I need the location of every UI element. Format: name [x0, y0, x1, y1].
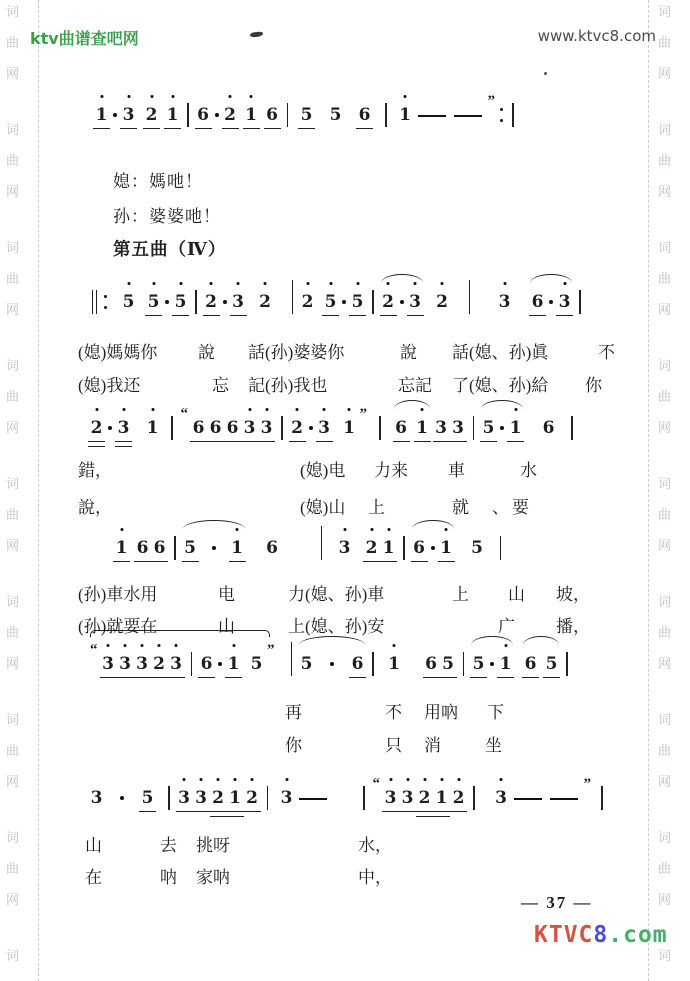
lyric-row: 山去挑呀水，: [0, 831, 690, 855]
lyric-segment: 忘記: [398, 371, 432, 396]
octave-dot: [95, 408, 98, 411]
slur-group: 61: [393, 416, 431, 440]
note: 5: [324, 290, 337, 314]
note: 3: [178, 786, 191, 810]
lyric-segment: 山: [218, 612, 235, 637]
lyric-segment: (媳)山: [300, 493, 345, 518]
octave-dot: [217, 778, 220, 781]
octave-dot: [370, 528, 373, 531]
note: 3: [558, 290, 571, 314]
lyric-segment: 錯，: [78, 456, 112, 481]
music-line: 231“66633231”6133516: [88, 416, 579, 440]
spacer: [294, 126, 298, 127]
double-barline: [92, 290, 97, 314]
barline: [372, 652, 374, 676]
spacer: [246, 559, 264, 560]
note: 2: [145, 103, 158, 127]
spacer: [373, 126, 379, 127]
beam-underline: [182, 561, 199, 564]
note: 2: [365, 536, 378, 560]
note: 1: [229, 786, 242, 810]
octave-dot: [387, 528, 390, 531]
beam-underline: [414, 441, 431, 444]
beam-underline: [117, 677, 134, 680]
scan-speck-artifact: [544, 72, 547, 75]
beam-underline: [349, 315, 366, 318]
augmentation-dot: [500, 426, 504, 430]
spacer: [424, 313, 434, 314]
beam-underline: [93, 128, 110, 131]
lyric-segment: 坐: [485, 731, 502, 756]
note: 6: [266, 103, 279, 127]
octave-dot: [179, 282, 182, 285]
quote-mark: “: [373, 776, 381, 793]
lyric-segment: 在: [85, 863, 102, 888]
octave-dot: [248, 408, 251, 411]
slur-group: 65: [522, 652, 560, 676]
watermark-char: 词: [6, 950, 19, 963]
quote-mark: “: [90, 642, 98, 659]
augmentation-dot: [490, 662, 494, 666]
note: 5: [442, 652, 455, 676]
note: 3: [232, 290, 245, 314]
octave-dot: [329, 282, 332, 285]
beam-underline: [225, 677, 242, 680]
barline: [281, 416, 283, 440]
site-url-text[interactable]: www.ktvc8.com: [538, 27, 656, 45]
note: 2: [301, 290, 314, 314]
lyric-segment: 用吶: [424, 698, 458, 723]
logo-part-com: .com: [608, 922, 667, 948]
barline: [463, 652, 465, 676]
spacer: [137, 313, 145, 314]
lyric-segment: 上: [368, 493, 385, 518]
augmentation-dot: [120, 796, 124, 800]
note: 5: [250, 652, 263, 676]
site-name-link[interactable]: ktv曲谱查吧网: [30, 26, 139, 49]
note: 3: [318, 416, 331, 440]
spacer: [130, 559, 134, 560]
octave-dot: [514, 408, 517, 411]
octave-dot: [236, 528, 239, 531]
watermark-char: 网: [658, 186, 671, 199]
beam-underline: [522, 677, 539, 680]
lyric-row: 在呐家呐中，: [0, 863, 690, 887]
spacer: [331, 809, 357, 810]
beam-underline: [243, 128, 260, 131]
augmentation-dot: [218, 662, 222, 666]
lyric-segment: 电: [218, 580, 235, 605]
note: 2: [246, 786, 259, 810]
note: 6: [413, 536, 426, 560]
barline: [372, 290, 374, 314]
spacer: [137, 126, 143, 127]
lyric-row: 再不用吶下: [0, 698, 690, 722]
beam-underline: [172, 315, 189, 318]
note: 3: [495, 786, 508, 810]
octave-dot: [251, 778, 254, 781]
spacer: [410, 439, 414, 440]
lyric-segment: 水: [520, 456, 537, 481]
watermark-char: 网: [6, 304, 19, 317]
lyric-row: 說，(媳)山上就、要: [0, 493, 690, 517]
octave-dot: [285, 778, 288, 781]
octave-dot: [414, 282, 417, 285]
beam-underline: [193, 811, 210, 814]
spacer: [274, 313, 286, 314]
augmentation-dot: [342, 300, 346, 304]
spacer: [393, 126, 397, 127]
note: 3: [409, 290, 422, 314]
spacer: [105, 809, 117, 810]
beam-underline: [145, 315, 162, 318]
octave-dot: [406, 778, 409, 781]
octave-dot: [122, 408, 125, 411]
octave-dot: [229, 95, 232, 98]
spacer: [539, 675, 543, 676]
beam-underline: [497, 677, 514, 680]
note: 2: [90, 416, 103, 440]
barline: [287, 103, 289, 127]
note: 3: [102, 652, 115, 676]
octave-dot: [440, 778, 443, 781]
augmentation-dot: [309, 426, 313, 430]
note: 5: [122, 290, 135, 314]
music-line: 132162165561”: [93, 103, 520, 127]
note: 5: [147, 290, 160, 314]
lyric-row: 錯，(媳)电力来車水: [0, 456, 690, 480]
lyric-segment: 水，: [358, 831, 392, 856]
music-line: “33323615”561655165: [88, 652, 574, 676]
spacer: [337, 675, 349, 676]
octave-dot: [175, 644, 178, 647]
beam-underline: [198, 677, 215, 680]
augmentation-dot: [549, 300, 553, 304]
note: 1: [399, 103, 412, 127]
music-line: 166516321615: [113, 536, 507, 560]
slur-group: 56: [298, 652, 366, 676]
lyric-row: 你只消坐: [0, 731, 690, 755]
note: 1: [166, 103, 179, 127]
slur-group: 51: [480, 416, 524, 440]
lyric-segment: 山: [508, 580, 525, 605]
beam-underline: [411, 561, 428, 564]
beam-underline: [316, 441, 333, 444]
spacer: [110, 313, 120, 314]
note: 6: [192, 416, 205, 440]
spacer: [476, 313, 496, 314]
octave-dot: [421, 408, 424, 411]
dialogue-line-daughter-in-law: 媳：媽吔！: [113, 167, 203, 192]
note: 2: [418, 786, 431, 810]
watermark-char: 词: [6, 6, 19, 19]
lyric-segment: 你: [585, 371, 602, 396]
watermark-char: 网: [6, 540, 19, 553]
spacer: [315, 675, 327, 676]
note: 6: [358, 103, 371, 127]
watermark-char: 曲: [6, 155, 19, 168]
note: 5: [300, 103, 313, 127]
lyric-segment: 呐: [160, 863, 177, 888]
watermark-char: 词: [658, 950, 671, 963]
note: 5: [329, 103, 342, 127]
lyric-segment: 忘: [212, 371, 229, 396]
beam-underline: [380, 561, 397, 564]
watermark-char: 曲: [6, 273, 19, 286]
beam-underline: [151, 677, 168, 680]
barline-tall: [469, 280, 471, 314]
barline: [473, 416, 475, 440]
duration-dash: [453, 103, 483, 127]
barline: [385, 103, 387, 127]
octave-dot: [232, 644, 235, 647]
octave-dot: [100, 95, 103, 98]
octave-dot: [127, 282, 130, 285]
lyric-segment: 力(媳、孙)車: [288, 580, 384, 605]
spacer: [344, 126, 356, 127]
sheet-music-page: 词曲网词曲网词曲网词曲网词曲网词曲网词曲网词曲网词 词曲网词曲网词曲网词曲网词曲…: [0, 0, 690, 981]
note: 1: [435, 786, 448, 810]
octave-dot: [127, 95, 130, 98]
note: 5: [300, 652, 313, 676]
beam-underline: [241, 441, 258, 444]
watermark-char: 网: [658, 68, 671, 81]
note: 1: [95, 103, 108, 127]
note: 1: [343, 416, 356, 440]
spacer: [219, 559, 229, 560]
lyric-segment: 上(媳、孙)安: [288, 612, 384, 637]
lyric-segment: 家呐: [196, 863, 230, 888]
note: 6: [209, 416, 222, 440]
lyric-row: (媳)我还忘記(孙)我也忘記了(媳、孙)給你: [0, 371, 690, 395]
note: 1: [416, 416, 429, 440]
duration-dash: [298, 786, 328, 810]
octave-dot: [250, 95, 253, 98]
spacer: [199, 559, 209, 560]
note: 2: [153, 652, 166, 676]
note: 1: [115, 536, 128, 560]
beam-underline: [399, 811, 416, 814]
spacer: [369, 439, 373, 440]
watermark-char: 网: [6, 422, 19, 435]
barline: [601, 786, 603, 810]
lyric-segment: 不: [385, 698, 402, 723]
note: 3: [260, 416, 273, 440]
note: 2: [291, 416, 304, 440]
beam-underline: [134, 561, 151, 564]
note: 3: [170, 652, 183, 676]
watermark-char: 网: [6, 186, 19, 199]
augmentation-dot: [431, 546, 435, 550]
note: 1: [440, 536, 453, 560]
lyric-segment: 下: [487, 698, 504, 723]
note: 2: [212, 786, 225, 810]
watermark-char: 网: [658, 540, 671, 553]
lyric-segment: 消: [424, 731, 441, 756]
spacer: [281, 559, 315, 560]
beam-underline: [143, 128, 160, 131]
octave-dot: [200, 778, 203, 781]
octave-dot: [457, 778, 460, 781]
beam-underline: [416, 811, 433, 817]
barline: [571, 416, 573, 440]
note: 3: [452, 416, 465, 440]
spacer: [593, 809, 595, 810]
beam-underline: [151, 561, 168, 564]
octave-dot: [441, 282, 444, 285]
watermark-char: 网: [658, 894, 671, 907]
note: 1: [382, 536, 395, 560]
octave-dot: [343, 528, 346, 531]
spacer: [514, 675, 522, 676]
note: 5: [141, 786, 154, 810]
octave-dot: [158, 644, 161, 647]
quote-mark: ”: [584, 776, 592, 793]
barline: [168, 786, 170, 810]
note: 6: [524, 652, 537, 676]
watermark-char: 网: [658, 422, 671, 435]
ktvc8-logo[interactable]: KTVC8.com: [534, 922, 668, 948]
beam-underline: [88, 441, 105, 447]
note: 3: [280, 786, 293, 810]
slur-group: 51: [470, 652, 514, 676]
barline: [512, 103, 514, 127]
logo-part-8: 8: [593, 922, 608, 948]
beam-underline: [120, 128, 137, 131]
octave-dot: [183, 778, 186, 781]
octave-dot: [234, 778, 237, 781]
repeat-colon: [500, 108, 503, 122]
watermark-char: 词: [658, 242, 671, 255]
beam-underline: [264, 128, 281, 131]
spacer: [481, 809, 493, 810]
augmentation-dot: [223, 300, 227, 304]
barline: [500, 536, 502, 560]
octave-dot: [389, 778, 392, 781]
barline: [267, 786, 269, 810]
slur-arc: [299, 636, 365, 645]
beam-underline: [507, 441, 524, 444]
beam-underline: [480, 441, 497, 444]
watermark-char: 词: [6, 124, 19, 137]
note: 1: [388, 652, 401, 676]
beam-underline: [227, 811, 244, 817]
watermark-char: 曲: [658, 273, 671, 286]
note: 3: [401, 786, 414, 810]
beam-underline: [134, 677, 151, 680]
lyric-segment: 挑呀: [196, 831, 230, 856]
lyric-segment: 上: [452, 580, 469, 605]
beam-underline: [100, 677, 117, 680]
lyric-segment: 話(孙)婆婆你: [248, 338, 344, 363]
spacer: [524, 439, 540, 440]
spacer: [132, 439, 144, 440]
lyric-segment: 只: [385, 731, 402, 756]
duration-dash: [549, 786, 579, 810]
music-line: 555232255232363: [88, 290, 587, 314]
note: 6: [200, 652, 213, 676]
barline: [379, 416, 381, 440]
barline: [174, 536, 176, 560]
spacer: [239, 126, 243, 127]
beam-underline: [298, 128, 315, 131]
note: 6: [136, 536, 149, 560]
slur-group: 51: [182, 536, 246, 560]
barline: [579, 290, 581, 314]
note: 2: [382, 290, 395, 314]
augmentation-dot: [113, 113, 117, 117]
lyric-segment: 坡，: [556, 580, 590, 605]
octave-dot: [150, 95, 153, 98]
lyric-segment: 說，: [78, 493, 112, 518]
octave-dot: [503, 282, 506, 285]
music-line: 35332123“332123”: [88, 786, 609, 810]
octave-dot: [107, 644, 110, 647]
note: 2: [205, 290, 218, 314]
watermark-char: 网: [6, 894, 19, 907]
octave-dot: [404, 95, 407, 98]
beam-underline: [450, 441, 467, 444]
lyric-segment: 你: [285, 731, 302, 756]
barline: [363, 786, 365, 810]
beam-underline: [433, 441, 450, 444]
beam-underline: [190, 441, 207, 444]
note: 5: [184, 536, 197, 560]
beam-underline: [176, 811, 193, 814]
scan-smudge-artifact: [250, 31, 263, 37]
octave-dot: [171, 95, 174, 98]
octave-dot: [323, 408, 326, 411]
spacer: [161, 439, 165, 440]
spacer: [557, 439, 565, 440]
slur-arc: [394, 400, 430, 409]
watermark-char: 网: [6, 68, 19, 81]
spacer: [431, 439, 433, 440]
note: 3: [119, 652, 132, 676]
spacer: [160, 126, 164, 127]
beam-underline: [349, 677, 366, 680]
octave-dot: [141, 644, 144, 647]
lyric-segment: 說: [198, 338, 215, 363]
note: 3: [90, 786, 103, 810]
augmentation-dot: [165, 300, 169, 304]
note: 3: [136, 652, 149, 676]
spacer: [242, 675, 248, 676]
augmentation-dot: [212, 546, 216, 550]
beam-underline: [433, 811, 450, 817]
note: 6: [531, 290, 544, 314]
spacer: [328, 559, 336, 560]
octave-dot: [124, 644, 127, 647]
octave-dot: [306, 282, 309, 285]
note: 6: [226, 416, 239, 440]
spacer: [380, 675, 386, 676]
barline: [187, 103, 189, 127]
watermark-char: 曲: [658, 155, 671, 168]
note: 3: [498, 290, 511, 314]
note: 6: [425, 652, 438, 676]
watermark-char: 曲: [6, 37, 19, 50]
beam-underline: [207, 441, 224, 444]
quote-mark: “: [181, 406, 189, 423]
octave-dot: [500, 778, 503, 781]
beam-underline: [438, 561, 455, 564]
note: 5: [174, 290, 187, 314]
note: 6: [542, 416, 555, 440]
slur-group: 61: [411, 536, 455, 560]
augmentation-dot: [330, 662, 334, 666]
watermark-char: 词: [6, 242, 19, 255]
